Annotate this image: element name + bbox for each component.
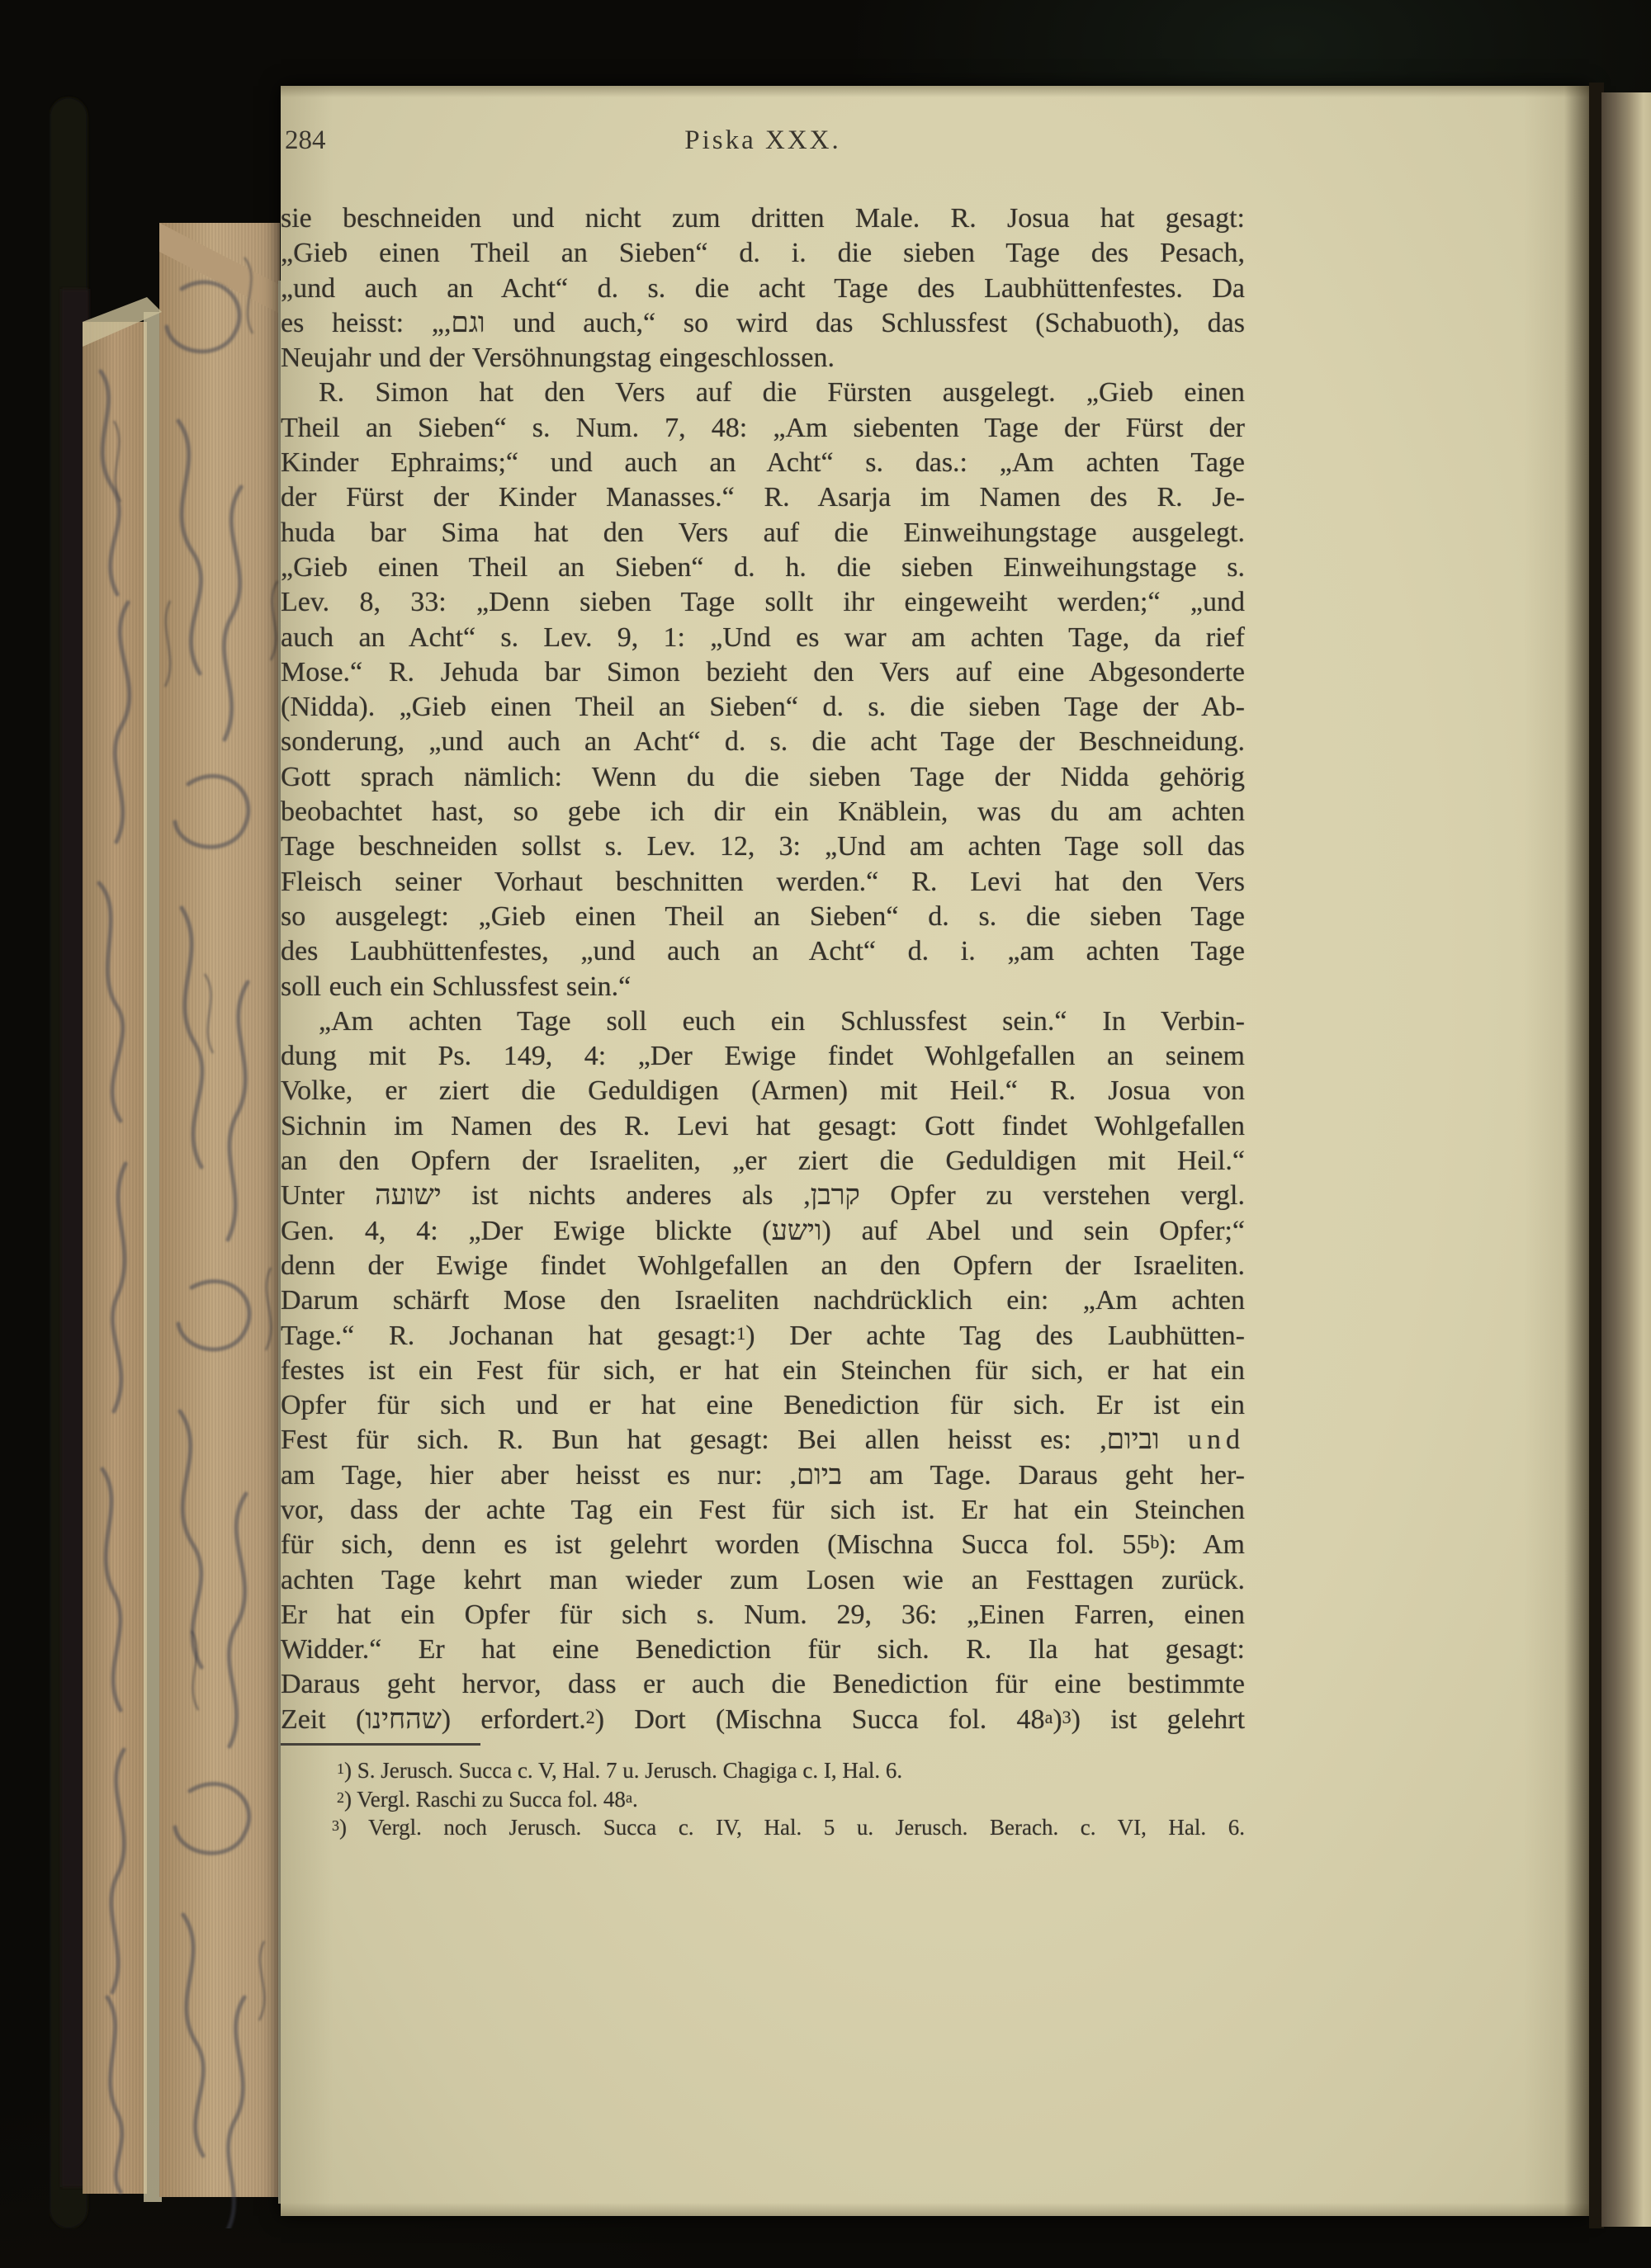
text-line: „Am achten Tage soll euch ein Schlussfes… [281, 1004, 1245, 1039]
footnote-marker: 2 [586, 1707, 595, 1727]
text-line: (Nidda). „Gieb einen Theil an Sieben“ d.… [281, 690, 1245, 725]
paragraph: „Am achten Tage soll euch ein Schlussfes… [281, 1004, 1245, 1737]
text-line: Fleisch seiner Vorhaut beschnitten werde… [281, 865, 1245, 900]
footnote-marker: a [626, 1789, 632, 1806]
page-header: 284 Piska XXX. [281, 125, 1245, 162]
text-line: vor, dass der achte Tag ein Fest für sic… [281, 1493, 1245, 1528]
text-line: der Fürst der Kinder Manasses.“ R. Asarj… [281, 480, 1245, 515]
body-text: sie beschneiden und nicht zum dritten Ma… [281, 201, 1245, 1737]
text-line: an den Opfern der Israeliten, „er ziert … [281, 1144, 1245, 1179]
footnotes: 1) S. Jerusch. Succa c. V, Hal. 7 u. Jer… [281, 1756, 1245, 1842]
text-line: „und auch an Acht“ d. s. die acht Tage d… [281, 272, 1245, 306]
text-line: Zeit (שהחינו) erfordert.2) Dort (Mischna… [281, 1703, 1245, 1737]
footnote-line: 3) Vergl. noch Jerusch. Succa c. IV, Hal… [281, 1813, 1245, 1842]
text-line: beobachtet hast, so gebe ich dir ein Knä… [281, 795, 1245, 829]
text-line: Er hat ein Opfer für sich s. Num. 29, 36… [281, 1598, 1245, 1632]
text-line: für sich, denn es ist gelehrt worden (Mi… [281, 1528, 1245, 1562]
text-line: Daraus geht hervor, dass er auch die Ben… [281, 1667, 1245, 1702]
text-line: „Gieb einen Theil an Sieben“ d. h. die s… [281, 550, 1245, 585]
scanned-book-photo: 284 Piska XXX. sie beschneiden und nicht… [0, 0, 1651, 2268]
text-line: Opfer für sich und er hat eine Benedicti… [281, 1388, 1245, 1423]
text-line: Gott sprach nämlich: Wenn du die sieben … [281, 760, 1245, 795]
text-line: Lev. 8, 33: „Denn sieben Tage sollt ihr … [281, 585, 1245, 620]
text-line: Unter ישועה ist nichts anderes als קרבן,… [281, 1179, 1245, 1213]
footnote-rule [281, 1743, 480, 1746]
footnote-line: 1) S. Jerusch. Succa c. V, Hal. 7 u. Jer… [281, 1756, 1245, 1785]
page-title: Piska XXX. [281, 125, 1245, 156]
book-fore-edge-marbled [50, 74, 301, 2228]
paragraph: sie beschneiden und nicht zum dritten Ma… [281, 201, 1245, 376]
footnote-line: 2) Vergl. Raschi zu Succa fol. 48a. [281, 1785, 1245, 1814]
footnote-marker: 3 [1062, 1707, 1071, 1727]
text-line: „Gieb einen Theil an Sieben“ d. i. die s… [281, 236, 1245, 271]
text-line: Fest für sich. R. Bun hat gesagt: Bei al… [281, 1423, 1245, 1458]
emphasized-word: und [1188, 1425, 1245, 1455]
footnote-marker: 3 [332, 1817, 339, 1834]
text-line: R. Simon hat den Vers auf die Fürsten au… [281, 376, 1245, 410]
text-line: des Laubhüttenfestes, „und auch an Acht“… [281, 934, 1245, 969]
next-page-edge [1601, 92, 1651, 2227]
text-line: achten Tage kehrt man wieder zum Losen w… [281, 1563, 1245, 1598]
text-line: festes ist ein Fest für sich, er hat ein… [281, 1354, 1245, 1388]
footnote-marker: b [1150, 1532, 1159, 1552]
text-line: es heisst: „וגם,‏ und auch,“ so wird das… [281, 306, 1245, 341]
text-line: soll euch ein Schlussfest sein.“ [281, 970, 1245, 1004]
paragraph: R. Simon hat den Vers auf die Fürsten au… [281, 376, 1245, 1004]
text-line: Mose.“ R. Jehuda bar Simon bezieht den V… [281, 655, 1245, 690]
text-line: Widder.“ Er hat eine Benediction für sic… [281, 1632, 1245, 1667]
text-line: dung mit Ps. 149, 4: „Der Ewige findet W… [281, 1039, 1245, 1074]
text-line: Gen. 4, 4: „Der Ewige blickte (וישע) auf… [281, 1214, 1245, 1249]
text-line: am Tage, hier aber heisst es nur: ביום,‏… [281, 1458, 1245, 1493]
text-line: so ausgelegt: „Gieb einen Theil an Siebe… [281, 900, 1245, 934]
text-line: Tage beschneiden sollst s. Lev. 12, 3: „… [281, 829, 1245, 864]
text-line: Volke, er ziert die Geduldigen (Armen) m… [281, 1074, 1245, 1108]
text-line: Darum schärft Mose den Israeliten nachdr… [281, 1283, 1245, 1318]
footnote-marker: 2 [337, 1789, 344, 1806]
text-line: sonderung, „und auch an Acht“ d. s. die … [281, 725, 1245, 759]
footnote-marker: 1 [736, 1323, 745, 1344]
footnote-marker: a [1045, 1707, 1053, 1727]
text-line: Kinder Ephraims;“ und auch an Acht“ s. d… [281, 446, 1245, 480]
text-line: Neujahr und der Versöhnungstag eingeschl… [281, 341, 1245, 376]
text-line: Theil an Sieben“ s. Num. 7, 48: „Am sieb… [281, 411, 1245, 446]
text-line: Sichnin im Namen des R. Levi hat gesagt:… [281, 1109, 1245, 1144]
text-line: denn der Ewige findet Wohlgefallen an de… [281, 1249, 1245, 1283]
text-line: auch an Acht“ s. Lev. 9, 1: „Und es war … [281, 621, 1245, 655]
text-line: Tage.“ R. Jochanan hat gesagt:1) Der ach… [281, 1319, 1245, 1354]
text-line: huda bar Sima hat den Vers auf die Einwe… [281, 516, 1245, 550]
footnote-marker: 1 [337, 1760, 344, 1777]
text-line: sie beschneiden und nicht zum dritten Ma… [281, 201, 1245, 236]
